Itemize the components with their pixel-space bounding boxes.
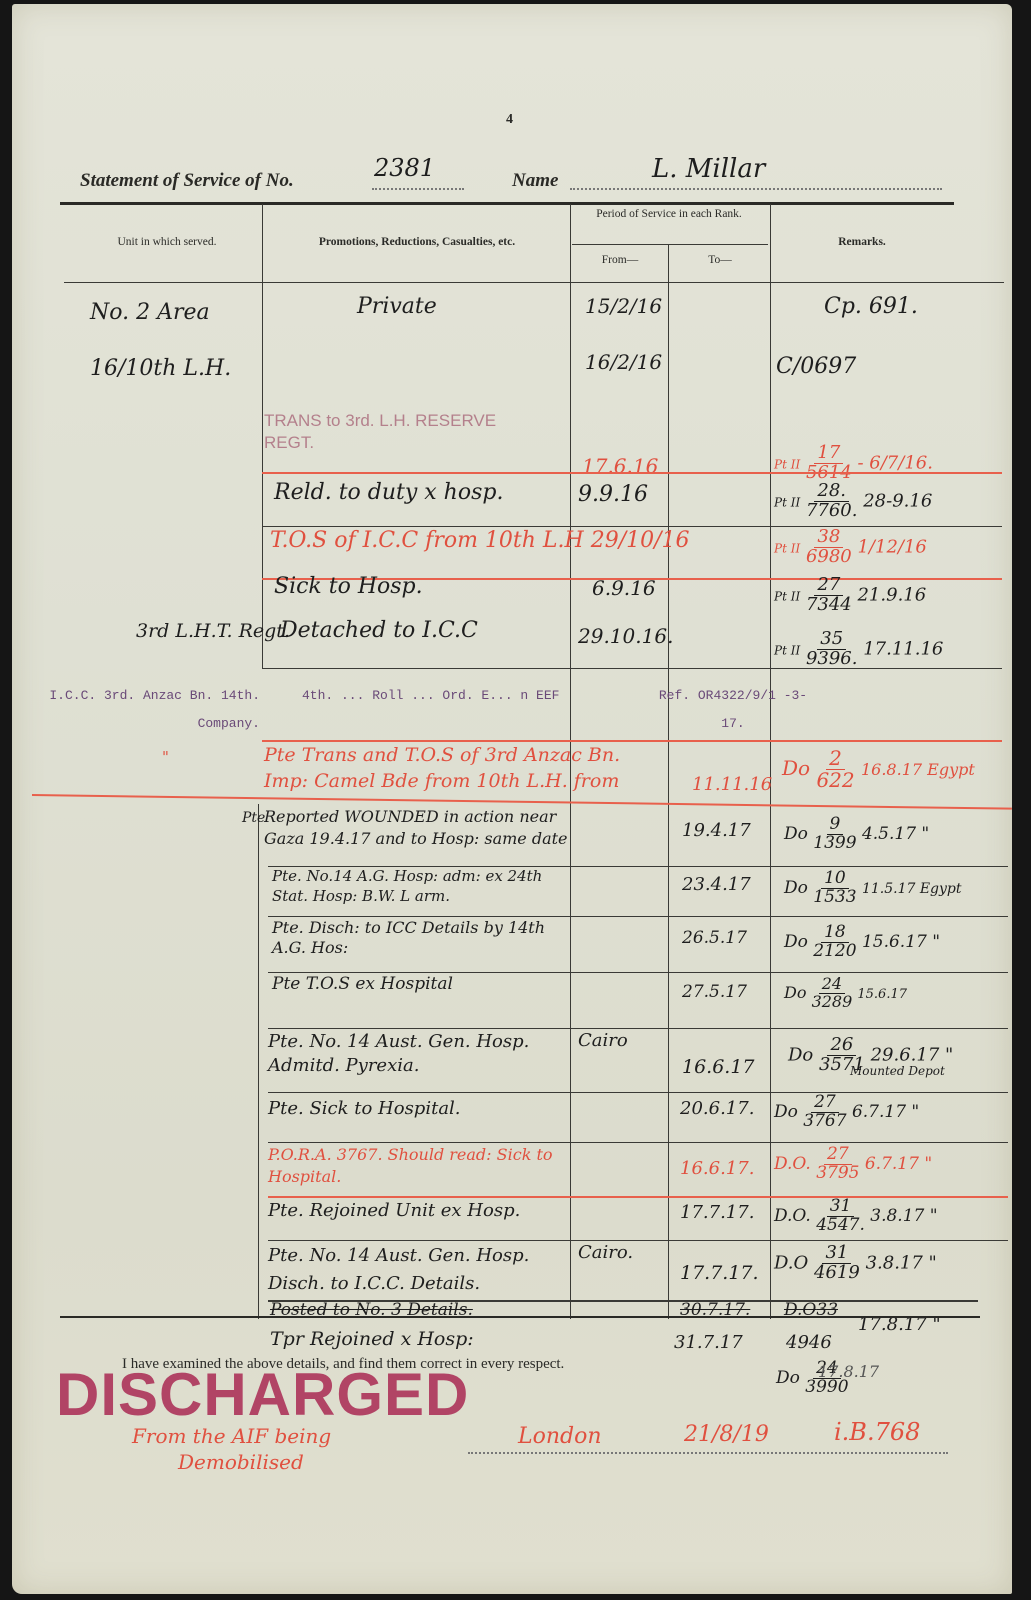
name-label: Name xyxy=(512,170,558,192)
table-top-rule xyxy=(60,202,954,205)
statement-title: Statement of Service of No. xyxy=(80,170,294,192)
entry-14-event: Pte. No. 14 Aust. Gen. Hosp. Admitd. Pyr… xyxy=(268,1030,568,1078)
entry-10-to: 19.4.17 xyxy=(682,820,751,841)
row-rule-17 xyxy=(268,1240,1008,1241)
entry-3-from: 17.6.16 xyxy=(582,454,658,478)
discharge-note-2: Demobilised xyxy=(178,1450,304,1474)
entry-8-event: 4th. ... Roll ... Ord. E... n EEF xyxy=(302,682,572,710)
col-divider-3 xyxy=(668,244,669,1319)
entry-4-from: 9.9.16 xyxy=(578,482,648,507)
entry-15-remarks: Do 273767 6.7.17 " xyxy=(774,1094,919,1131)
entry-10-remarks: Do 91399 4.5.17 " xyxy=(784,816,929,853)
entry-16-to: 16.6.17. xyxy=(680,1158,754,1179)
entry-6-from: 6.9.16 xyxy=(592,576,656,600)
period-subheader-rule xyxy=(572,244,768,245)
entry-8-ref: Ref. OR4322/9/1 -3-17. xyxy=(648,682,818,738)
soldier-name: L. Millar xyxy=(652,154,765,184)
entry-3-remarks: Pt II 175614 - 6/7/16. xyxy=(774,444,933,483)
discharge-date: 21/8/19 xyxy=(684,1422,769,1447)
entry-15-to: 20.6.17. xyxy=(680,1098,754,1119)
col-header-period: Period of Service in each Rank. xyxy=(584,208,754,220)
discharge-note-1: From the AIF being xyxy=(132,1424,331,1448)
entry-12-to: 26.5.17 xyxy=(682,928,747,948)
entry-13-event: Pte T.O.S ex Hospital xyxy=(272,974,453,994)
col-header-promotions: Promotions, Reductions, Casualties, etc. xyxy=(264,236,570,248)
col-divider-1-lower xyxy=(258,804,259,1319)
entry-12-remarks: Do 182120 15.6.17 " xyxy=(784,924,940,961)
table-bottom-rule xyxy=(60,1316,980,1318)
col-divider-4 xyxy=(770,204,771,1319)
entry-3-remarks-fraction: 175614 xyxy=(806,444,852,483)
entry-17-event: Pte. Rejoined Unit ex Hosp. xyxy=(268,1200,520,1221)
header-bottom-rule xyxy=(64,282,1004,283)
entry-20-to: 31.7.17 xyxy=(674,1332,743,1353)
entry-7-unit: 3rd L.H.T. Regt. xyxy=(136,620,290,642)
entry-12-event: Pte. Disch: to ICC Details by 14th A.G. … xyxy=(272,918,572,958)
entry-18-remarks: D.O 314619 3.8.17 " xyxy=(774,1244,937,1283)
entry-16-remarks: D.O. 273795 6.7.17 " xyxy=(774,1146,932,1183)
signature-dotted-line xyxy=(468,1452,948,1454)
col-header-remarks: Remarks. xyxy=(772,236,952,248)
entry-1-remarks: C/0697 xyxy=(776,354,856,379)
trans-stamp: TRANS to 3rd. L.H. RESERVE REGT. xyxy=(264,410,504,454)
entry-9-remarks: Do 2622 16.8.17 Egypt xyxy=(782,748,975,791)
entry-5-event: T.O.S of I.C.C from 10th L.H 29/10/16 xyxy=(270,528,690,553)
entry-6-remarks: Pt II 277344 21.9.16 xyxy=(774,576,926,615)
entry-5-remarks: Pt II 386980 1/12/16 xyxy=(774,528,927,567)
row-rule-4 xyxy=(262,526,1002,527)
entry-17-to: 17.7.17. xyxy=(680,1202,754,1223)
entry-0-from: 15/2/16 xyxy=(585,294,662,318)
entry-4-event: Reld. to duty x hosp. xyxy=(274,480,503,505)
col-divider-1 xyxy=(262,204,263,669)
entry-20-event: Tpr Rejoined x Hosp: xyxy=(270,1328,474,1350)
entry-10-event: Reported WOUNDED in action near Gaza 19.… xyxy=(264,806,594,850)
entry-1-from: 16/2/16 xyxy=(585,350,662,374)
entry-18-from: Cairo. xyxy=(578,1242,633,1263)
service-record-page: 4 Statement of Service of No. 2381 Name … xyxy=(12,4,1012,1594)
col-header-from: From— xyxy=(572,254,668,266)
entry-18-event: Pte. No. 14 Aust. Gen. Hosp. Disch. to I… xyxy=(268,1242,568,1298)
entry-11-remarks: Do 101533 11.5.17 Egypt xyxy=(784,870,962,907)
entry-1-unit: 16/10th L.H. xyxy=(90,356,231,381)
footer-remark-date: 17.8.17 xyxy=(818,1362,879,1381)
entry-10-prefix: Pte xyxy=(242,810,265,826)
entry-13-remarks: Do 243289 15.6.17 xyxy=(784,976,907,1011)
service-number: 2381 xyxy=(374,154,435,182)
entry-20-remarks: 4946 xyxy=(786,1332,832,1353)
red-rule-1 xyxy=(262,472,1002,474)
discharge-reference: i.B.768 xyxy=(834,1418,920,1446)
entry-11-to: 23.4.17 xyxy=(682,874,751,895)
entry-14-to: 16.6.17 xyxy=(682,1056,755,1078)
row-rule-14 xyxy=(268,1092,1008,1093)
entry-7-remarks: Pt II 359396. 17.11.16 xyxy=(774,630,943,669)
row-rule-7 xyxy=(262,668,1002,669)
entry-13-to: 27.5.17 xyxy=(682,982,747,1002)
row-rule-11 xyxy=(268,916,1008,917)
entry-0-unit: No. 2 Area xyxy=(90,300,210,325)
entry-14-from: Cairo xyxy=(578,1030,628,1051)
page-number: 4 xyxy=(506,112,513,128)
entry-17-remarks: D.O. 314547. 3.8.17 " xyxy=(774,1198,938,1235)
entry-16-event: P.O.R.A. 3767. Should read: Sick to Hosp… xyxy=(268,1144,568,1188)
name-dotted-line xyxy=(570,188,942,190)
discharge-place: London xyxy=(518,1424,602,1449)
entry-7-from: 29.10.16. xyxy=(578,624,673,648)
entry-11-event: Pte. No.14 A.G. Hosp: adm: ex 24th Stat.… xyxy=(272,866,572,906)
entry-3-remarks-prefix: Pt II xyxy=(774,457,800,471)
entry-3-remarks-date: - 6/7/16. xyxy=(857,452,932,473)
entry-9-event: Pte Trans and T.O.S of 3rd Anzac Bn. Imp… xyxy=(264,742,664,794)
entry-9-unit: " xyxy=(162,748,169,766)
entry-9-to: 11.11.16 xyxy=(692,774,772,795)
discharged-stamp: DISCHARGED xyxy=(56,1360,469,1429)
entry-14-remarks-extra: Mounted Depot xyxy=(850,1064,945,1078)
entry-4-remarks: Pt II 28.7760. 28-9.16 xyxy=(774,482,932,521)
entry-0-event: Private xyxy=(357,294,437,319)
entry-0-remarks: Cp. 691. xyxy=(824,294,918,319)
row-rule-15 xyxy=(268,1142,1008,1143)
col-header-unit: Unit in which served. xyxy=(72,236,262,248)
entry-15-event: Pte. Sick to Hospital. xyxy=(268,1098,461,1119)
entry-8-unit: I.C.C. 3rd. Anzac Bn. 14th. Company. xyxy=(30,682,260,738)
number-dotted-line xyxy=(372,188,464,190)
row-rule-13 xyxy=(268,1028,1008,1029)
entry-6-event: Sick to Hosp. xyxy=(274,574,423,599)
col-header-to: To— xyxy=(670,254,770,266)
entry-18-to: 17.7.17. xyxy=(680,1262,759,1284)
row-rule-12 xyxy=(268,972,1008,973)
entry-7-event: Detached to I.C.C xyxy=(280,618,478,643)
